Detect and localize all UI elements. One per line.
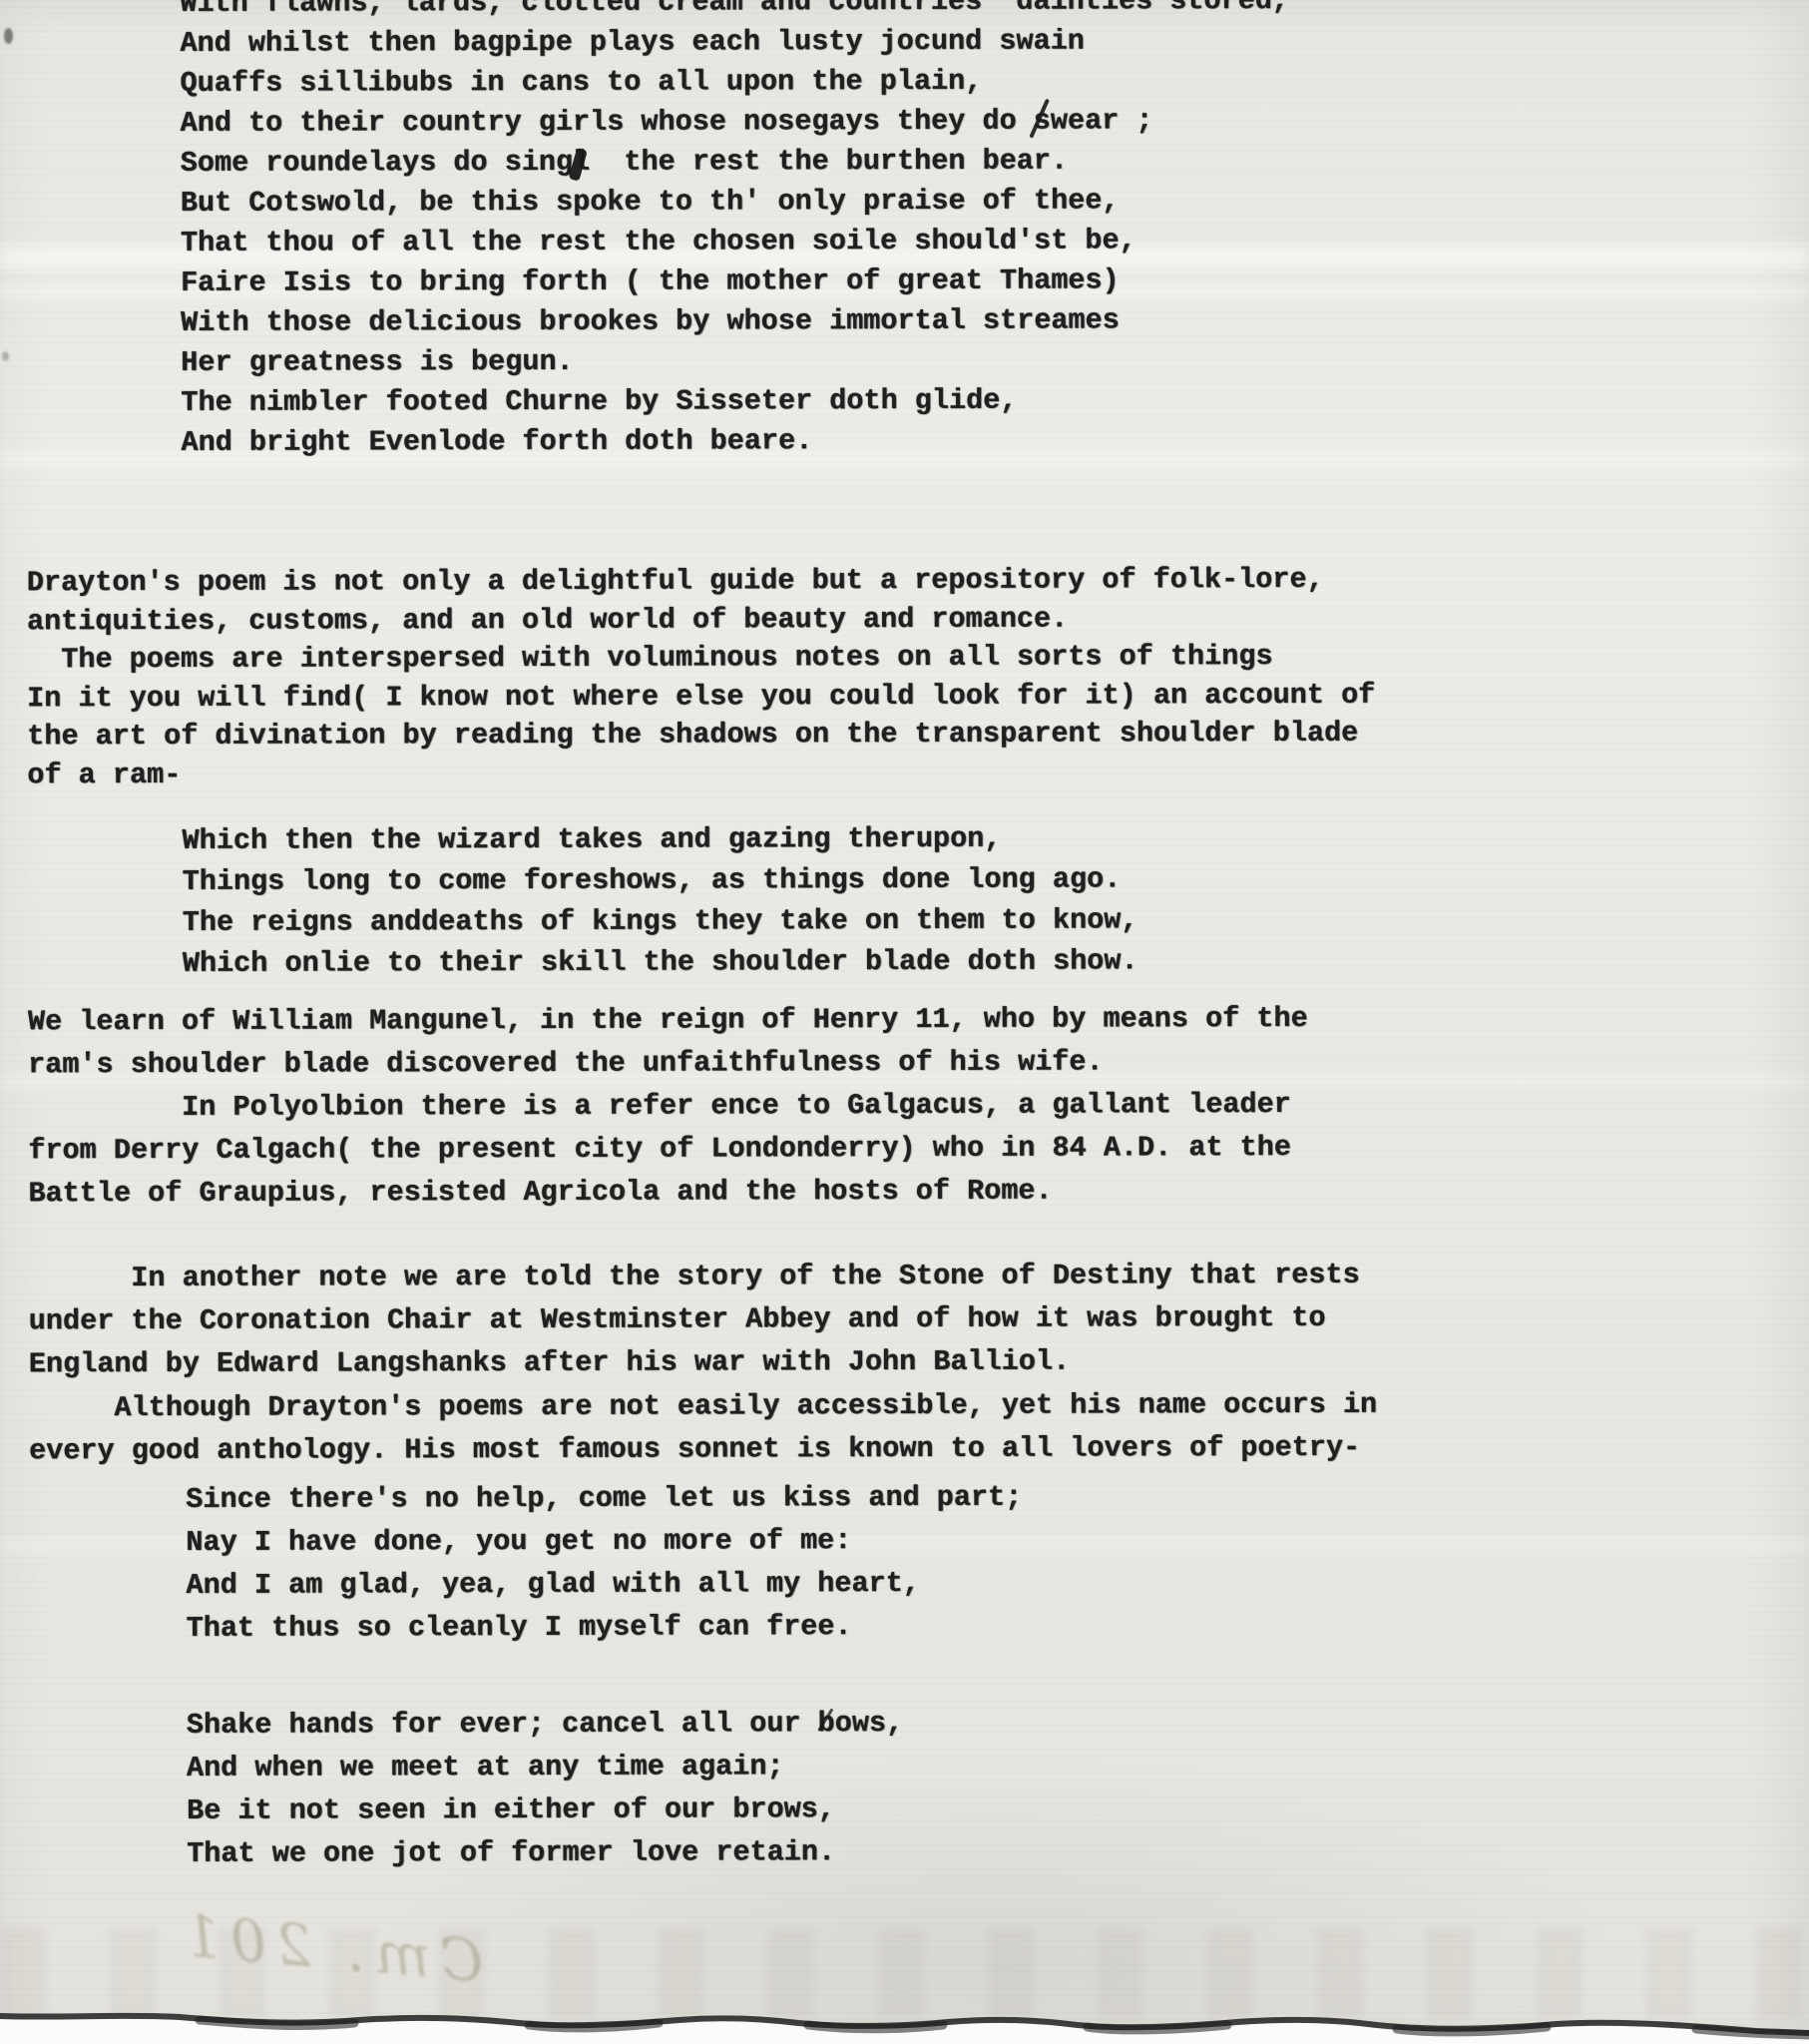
text-line: The poems are interspersed with volumino… — [27, 638, 1375, 680]
typed-content: With flawns, lards, clotted cream and co… — [0, 0, 1809, 2044]
text-line: Which onlie to their skill the shoulder … — [183, 940, 1138, 984]
text-line: England by Edward Langshanks after his w… — [29, 1339, 1377, 1386]
text-line: In another note we are told the story of… — [29, 1254, 1377, 1300]
text-line: Things long to come foreshows, as things… — [183, 858, 1138, 902]
torn-paper-edge — [0, 1984, 1809, 2044]
text-line: of a ram- — [27, 754, 1375, 795]
paragraph-stone-of-destiny: In another note we are told the story of… — [29, 1254, 1378, 1473]
text-line: With flawns, lards, clotted cream and co… — [180, 0, 1289, 24]
text-line: But Cotswold, be this spoke to th' only … — [181, 181, 1290, 224]
text-line: That thou of all the rest the chosen soi… — [181, 221, 1290, 263]
text-line: Which then the wizard takes and gazing t… — [182, 817, 1137, 861]
sonnet-quatrain-two: Shake hands for ever; cancel all our bow… — [187, 1702, 904, 1875]
text-line: every good anthology. His most famous so… — [29, 1426, 1377, 1473]
paragraph-drayton-commentary: Drayton's poem is not only a delightful … — [27, 561, 1376, 795]
text-line: And to their country girls whose nosegay… — [181, 101, 1290, 144]
paragraph-polyolbion-galgacus: In Polyolbion there is a refer ence to G… — [28, 1083, 1291, 1215]
text-line: Nay I have done, you get no more of me: — [186, 1519, 1022, 1564]
text-line: And bright Evenlode forth doth beare. — [181, 420, 1290, 463]
sonnet-quatrain-one: Since there's no help, come let us kiss … — [186, 1476, 1022, 1650]
paper-background: With flawns, lards, clotted cream and co… — [0, 0, 1809, 2044]
scanned-typewritten-page: With flawns, lards, clotted cream and co… — [0, 0, 1809, 2044]
text-line: The nimbler footed Churne by Sisseter do… — [181, 380, 1290, 423]
text-line: Faire Isis to bring forth ( the mother o… — [181, 260, 1290, 303]
text-line: Shake hands for ever; cancel all our bow… — [187, 1702, 903, 1747]
quatrain-shoulder-blade: Which then the wizard takes and gazing t… — [182, 817, 1137, 984]
paragraph-william-mangunel: We learn of William Mangunel, in the rei… — [28, 997, 1308, 1086]
text-line: The reigns anddeaths of kings they take … — [183, 899, 1138, 943]
text-line: from Derry Calgach( the present city of … — [28, 1126, 1291, 1172]
text-line: ram's shoulder blade discovered the unfa… — [28, 1040, 1308, 1086]
text-line: Battle of Graupius, resisted Agricola an… — [28, 1169, 1291, 1215]
text-line: And whilst then bagpipe plays each lusty… — [180, 21, 1289, 64]
text-line: That we one jot of former love retain. — [187, 1830, 903, 1875]
text-line: Drayton's poem is not only a delightful … — [27, 561, 1375, 603]
text-line: That thus so cleanly I myself can free. — [187, 1605, 1023, 1650]
text-line: antiquities, customs, and an old world o… — [27, 599, 1375, 641]
text-line: And I am glad, yea, glad with all my hea… — [186, 1562, 1022, 1607]
text-line: In Polyolbion there is a refer ence to G… — [28, 1083, 1291, 1129]
text-line: We learn of William Mangunel, in the rei… — [28, 997, 1308, 1043]
text-line: Although Drayton's poems are not easily … — [29, 1382, 1377, 1429]
text-line: With those delicious brookes by whose im… — [181, 300, 1290, 343]
text-line: the art of divination by reading the sha… — [27, 715, 1375, 757]
text-line: Since there's no help, come let us kiss … — [186, 1476, 1022, 1521]
text-line: Quaffs sillibubs in cans to all upon the… — [180, 61, 1289, 104]
text-line: Her greatness is begun. — [181, 340, 1290, 383]
text-line: In it you will find( I know not where el… — [27, 677, 1375, 719]
text-line: under the Coronation Chair at Westminste… — [29, 1296, 1377, 1343]
poem-excerpt-cotswold: With flawns, lards, clotted cream and co… — [180, 0, 1290, 463]
text-line: Some roundelays do singl the rest the bu… — [181, 141, 1290, 184]
text-line: Be it not seen in either of our brows, — [187, 1788, 903, 1832]
text-line: And when we meet at any time again; — [187, 1745, 903, 1789]
